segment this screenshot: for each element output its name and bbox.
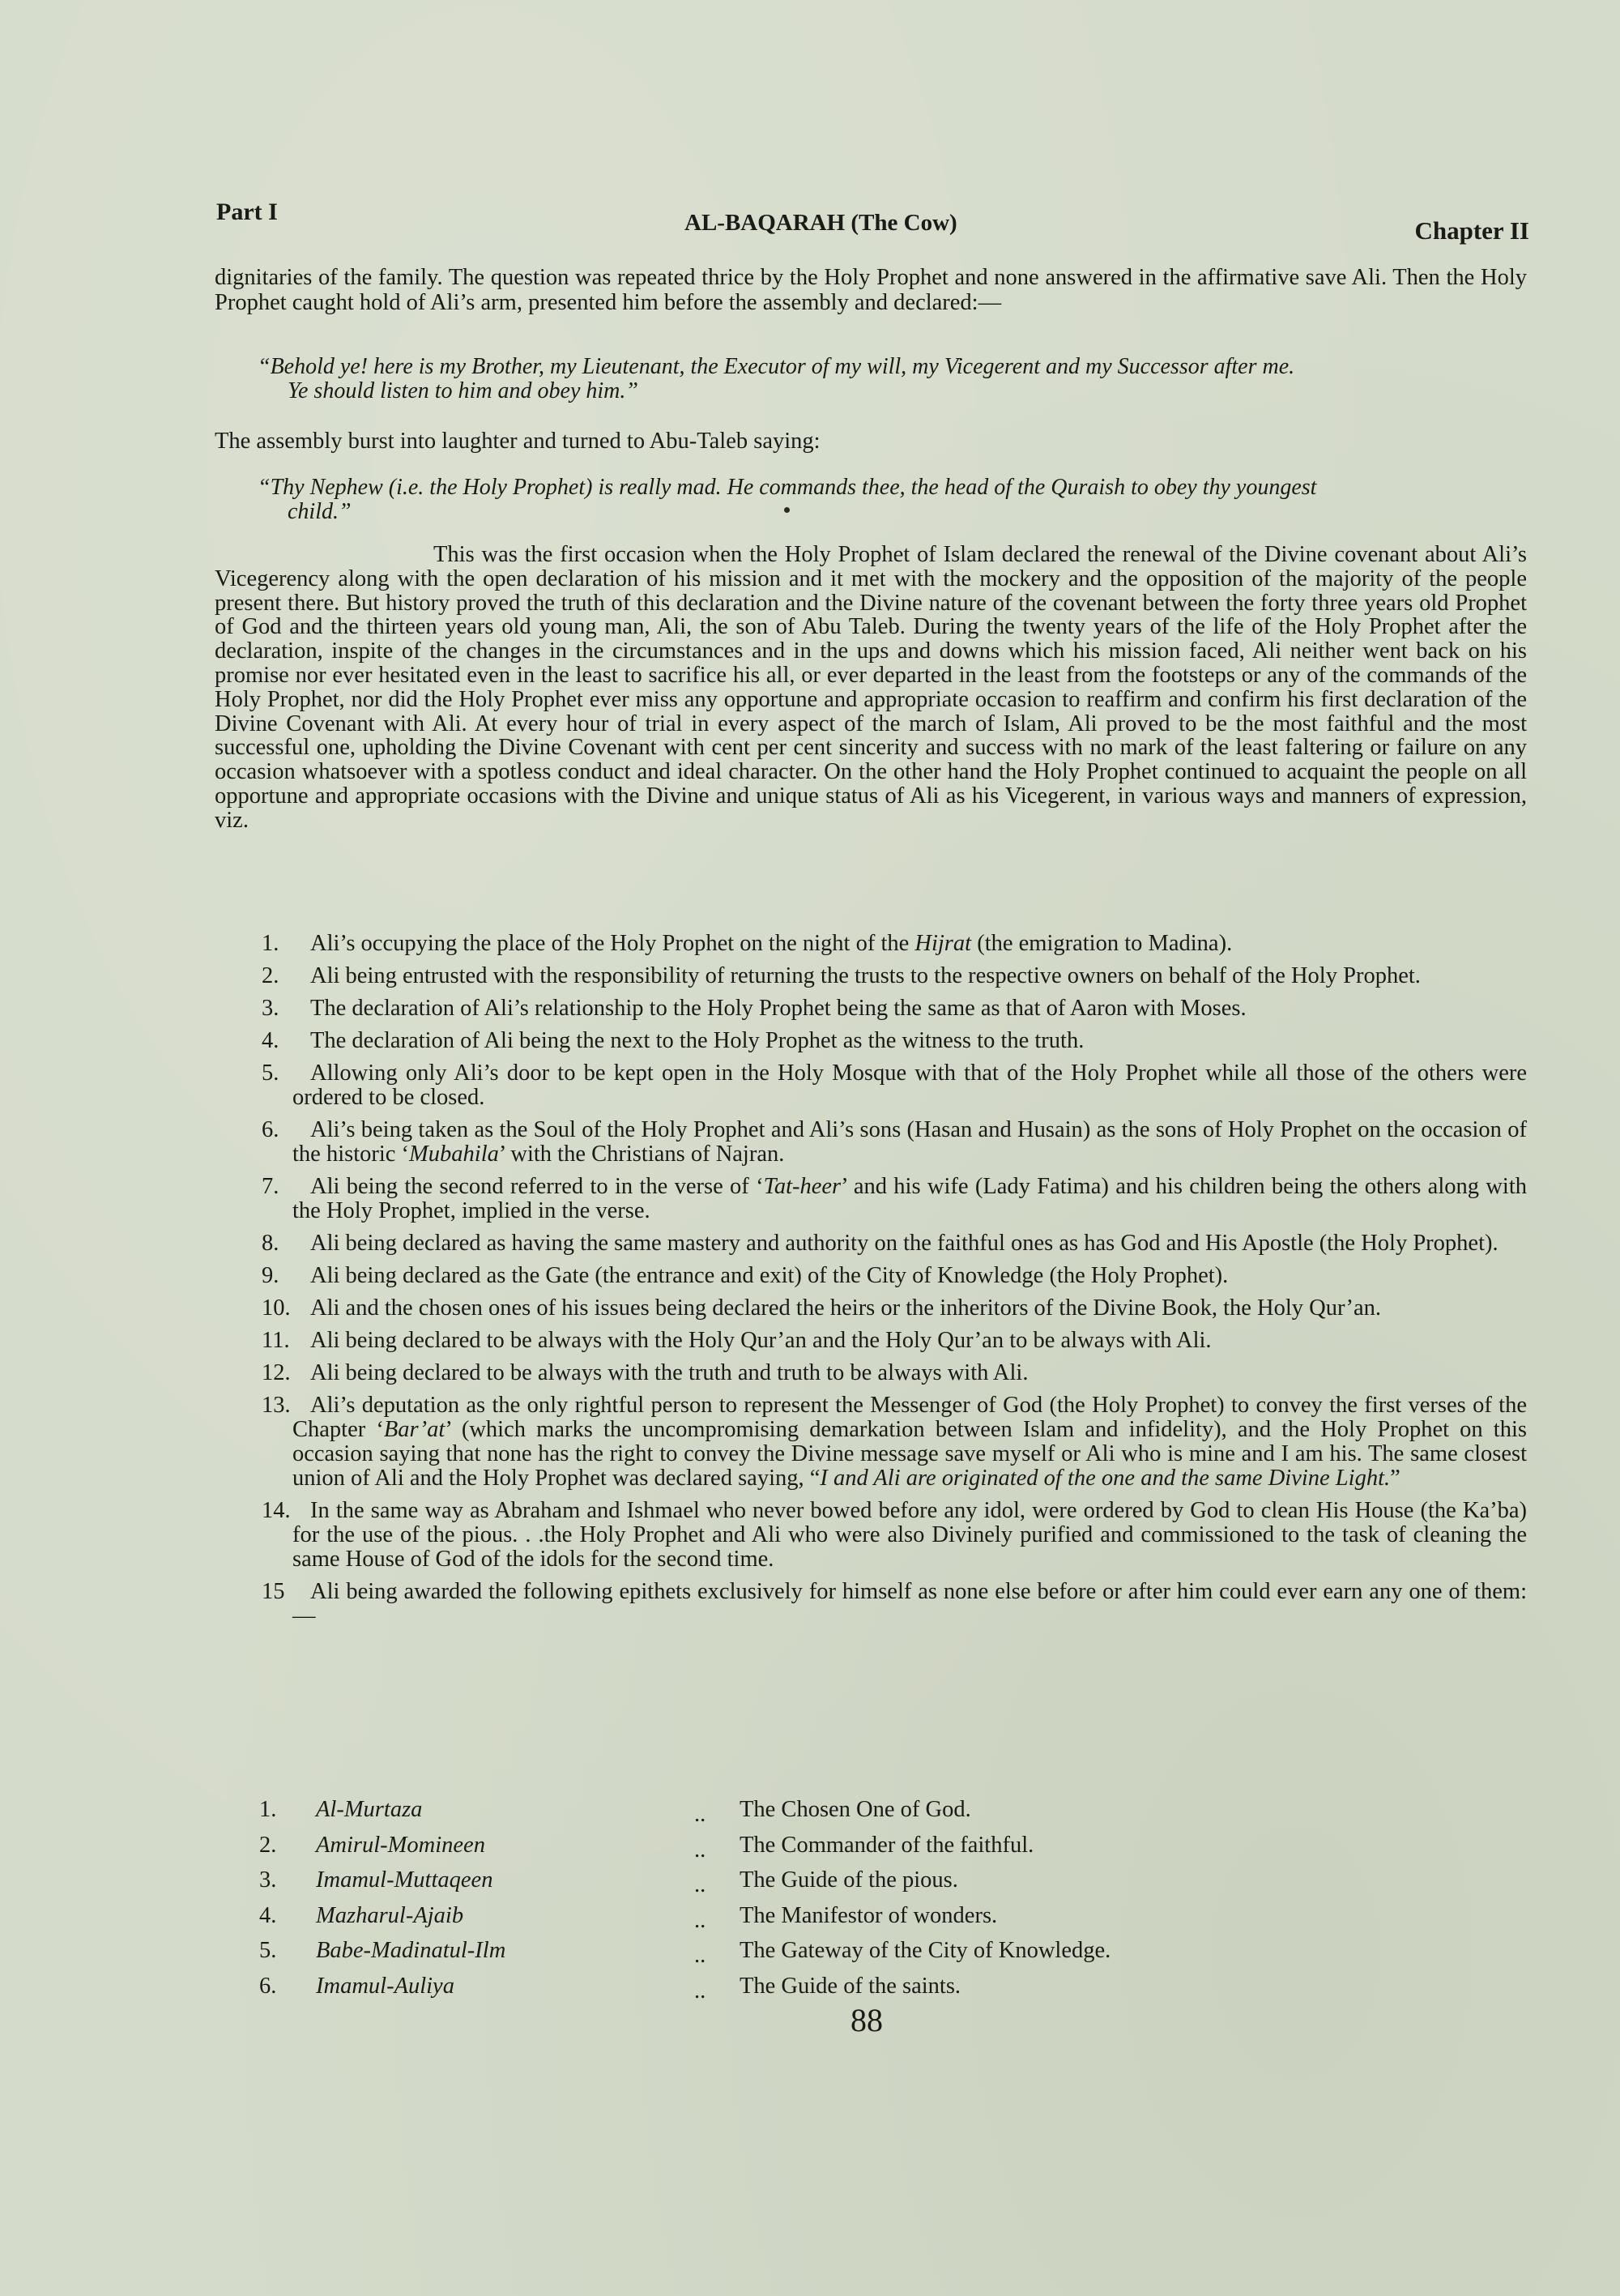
- list-item-number: 5.: [262, 1061, 294, 1086]
- part-label: Part I: [216, 198, 278, 226]
- epithet-name: Mazharul-Ajaib: [316, 1903, 463, 1929]
- quote-line: child.”: [258, 500, 1527, 524]
- list-item: 4.The declaration of Ali being the next …: [215, 1029, 1527, 1053]
- list-item: 9.Ali being declared as the Gate (the en…: [215, 1264, 1527, 1288]
- quote-prophet-declaration: “Behold ye! here is my Brother, my Lieut…: [258, 355, 1527, 403]
- list-item: 14.In the same way as Abraham and Ishmae…: [215, 1499, 1527, 1572]
- list-item: 6.Ali’s being taken as the Soul of the H…: [215, 1118, 1527, 1167]
- paragraph-continued: dignitaries of the family. The question …: [215, 266, 1527, 315]
- epithet-meaning: The Guide of the saints.: [740, 1974, 961, 1999]
- epithet-number: 3.: [259, 1867, 276, 1893]
- list-item: 2.Ali being entrusted with the responsib…: [215, 964, 1527, 988]
- running-head: Part I AL-BAQARAH (The Cow) Chapter II: [215, 198, 1527, 247]
- epithet-meaning: The Manifestor of wonders.: [740, 1903, 997, 1929]
- epithet-separator: ..: [694, 1943, 706, 1969]
- epithet-number: 1.: [259, 1797, 276, 1823]
- epithet-number: 4.: [259, 1903, 276, 1929]
- list-item-text: Ali being entrusted with the responsibil…: [292, 964, 1527, 988]
- epithet-meaning: The Commander of the faithful.: [740, 1833, 1034, 1859]
- list-item-text: The declaration of Ali being the next to…: [292, 1029, 1527, 1053]
- list-item: 12.Ali being declared to be always with …: [215, 1361, 1527, 1385]
- list-item-text: Ali’s occupying the place of the Holy Pr…: [292, 932, 1527, 956]
- list-item-number: 14.: [262, 1499, 294, 1523]
- chapter-title: AL-BAQARAH (The Cow): [684, 210, 957, 237]
- ornament-dot: [784, 507, 790, 513]
- list-item: 13.Ali’s deputation as the only rightful…: [215, 1393, 1527, 1491]
- list-item-text: Ali being declared as the Gate (the entr…: [292, 1264, 1527, 1288]
- epithet-separator: ..: [694, 1802, 706, 1828]
- paragraph-assembly: The assembly burst into laughter and tur…: [215, 429, 1527, 455]
- quote-line: “Behold ye! here is my Brother, my Lieut…: [258, 355, 1527, 379]
- list-item: 7.Ali being the second referred to in th…: [215, 1175, 1527, 1223]
- epithet-row: 5.Babe-Madinatul-Ilm..The Gateway of the…: [215, 1938, 1349, 1974]
- list-item-text: The declaration of Ali’s relationship to…: [292, 996, 1527, 1021]
- epithet-name: Imamul-Muttaqeen: [316, 1867, 492, 1893]
- list-item-number: 12.: [262, 1361, 294, 1385]
- epithet-separator: ..: [694, 1978, 706, 2004]
- list-item-text: Ali and the chosen ones of his issues be…: [292, 1296, 1527, 1321]
- epithet-number: 6.: [259, 1974, 276, 1999]
- quote-line: “Thy Nephew (i.e. the Holy Prophet) is r…: [258, 476, 1527, 500]
- list-item: 15Ali being awarded the following epithe…: [215, 1580, 1527, 1628]
- quote-line: Ye should listen to him and obey him.”: [258, 379, 1527, 403]
- list-item-text: Ali’s being taken as the Soul of the Hol…: [292, 1118, 1527, 1167]
- epithet-row: 3.Imamul-Muttaqeen..The Guide of the pio…: [215, 1867, 1349, 1903]
- list-item-text: Allowing only Ali’s door to be kept open…: [292, 1061, 1527, 1110]
- list-item: 8.Ali being declared as having the same …: [215, 1231, 1527, 1256]
- list-item-text: Ali being the second referred to in the …: [292, 1175, 1527, 1223]
- numbered-list: 1.Ali’s occupying the place of the Holy …: [215, 932, 1527, 1637]
- epithet-meaning: The Guide of the pious.: [740, 1867, 958, 1893]
- epithet-name: Al-Murtaza: [316, 1797, 422, 1823]
- epithet-meaning: The Gateway of the City of Knowledge.: [740, 1938, 1111, 1964]
- list-item-number: 4.: [262, 1029, 294, 1053]
- list-item-text: Ali being declared as having the same ma…: [292, 1231, 1527, 1256]
- epithet-number: 2.: [259, 1833, 276, 1859]
- paragraph-main: This was the first occasion when the Hol…: [215, 543, 1527, 833]
- epithet-row: 6.Imamul-Auliya..The Guide of the saints…: [215, 1974, 1349, 2009]
- epithet-separator: ..: [694, 1908, 706, 1934]
- list-item-number: 2.: [262, 964, 294, 988]
- quote-assembly: “Thy Nephew (i.e. the Holy Prophet) is r…: [258, 476, 1527, 524]
- list-item-text: Ali being awarded the following epithets…: [292, 1580, 1527, 1628]
- list-item: 5.Allowing only Ali’s door to be kept op…: [215, 1061, 1527, 1110]
- list-item-text: Ali being declared to be always with the…: [292, 1361, 1527, 1385]
- epithet-name: Babe-Madinatul-Ilm: [316, 1938, 505, 1964]
- epithet-row: 2.Amirul-Momineen..The Commander of the …: [215, 1833, 1349, 1868]
- list-item-number: 9.: [262, 1264, 294, 1288]
- epithet-row: 1.Al-Murtaza..The Chosen One of God.: [215, 1797, 1349, 1833]
- list-item-number: 10.: [262, 1296, 294, 1321]
- list-item-text: Ali being declared to be always with the…: [292, 1329, 1527, 1353]
- list-item-text: Ali’s deputation as the only rightful pe…: [292, 1393, 1527, 1491]
- epithet-separator: ..: [694, 1837, 706, 1863]
- list-item-number: 6.: [262, 1118, 294, 1142]
- epithet-number: 5.: [259, 1938, 276, 1964]
- epithet-name: Imamul-Auliya: [316, 1974, 454, 1999]
- list-item-number: 11.: [262, 1329, 294, 1353]
- list-item-number: 15: [262, 1580, 294, 1604]
- list-item-number: 3.: [262, 996, 294, 1021]
- list-item: 3.The declaration of Ali’s relationship …: [215, 996, 1527, 1021]
- list-item-number: 8.: [262, 1231, 294, 1256]
- epithet-meaning: The Chosen One of God.: [740, 1797, 971, 1823]
- epithet-row: 4.Mazharul-Ajaib..The Manifestor of wond…: [215, 1903, 1349, 1939]
- list-item-number: 1.: [262, 932, 294, 956]
- page-number: 88: [850, 2001, 883, 2039]
- epithet-name: Amirul-Momineen: [316, 1833, 485, 1859]
- list-item-number: 7.: [262, 1175, 294, 1199]
- epithet-list: 1.Al-Murtaza..The Chosen One of God.2.Am…: [215, 1797, 1349, 2008]
- list-item-number: 13.: [262, 1393, 294, 1418]
- epithet-separator: ..: [694, 1872, 706, 1898]
- list-item-text: In the same way as Abraham and Ishmael w…: [292, 1499, 1527, 1572]
- list-item: 1.Ali’s occupying the place of the Holy …: [215, 932, 1527, 956]
- chapter-label: Chapter II: [1414, 216, 1529, 245]
- list-item: 11.Ali being declared to be always with …: [215, 1329, 1527, 1353]
- list-item: 10.Ali and the chosen ones of his issues…: [215, 1296, 1527, 1321]
